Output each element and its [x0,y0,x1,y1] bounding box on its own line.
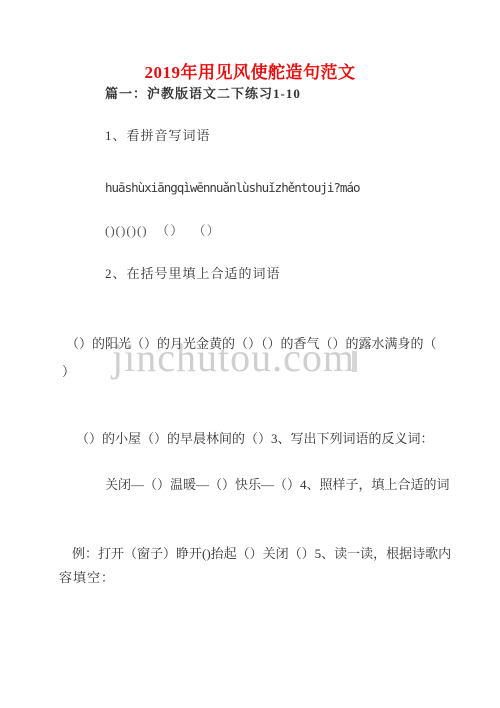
answer-blanks-line: ()()()() （） （） [105,223,221,239]
section-heading: 篇一：沪教版语文二下练习1-10 [105,86,301,102]
paragraph-line-wrap: 容填空： [59,570,115,586]
question-1-label: 1、看拼音写词语 [105,128,211,144]
document-page: jinchutou.com 2019年用见风使舵造句范文 篇一：沪教版语文二下练… [0,0,500,708]
paragraph-line-wrap: ） [62,364,75,380]
watermark-bar [352,351,357,372]
paragraph-line: （）的小屋（）的早晨林间的（）3、写出下列词语的反义词： [76,431,434,447]
paragraph-line: 关闭—（）温暖—（）快乐—（）4、照样子，填上合适的词 [105,477,450,493]
paragraph-line: （）的阳光（）的月光金黄的（）（）的香气（）的露水满身的（ [66,336,437,352]
question-2-label: 2、在括号里填上合适的词语 [105,266,281,282]
paragraph-line: 例：打开（窗子）睁开()抬起（）关闭（）5、读一读，根据诗歌内 [72,546,451,562]
document-title: 2019年用见风使舵造句范文 [0,58,500,83]
pinyin-line: huāshùxiāngqìwēnnuǎnlùshuǐzhěntouji?máo [105,180,360,196]
